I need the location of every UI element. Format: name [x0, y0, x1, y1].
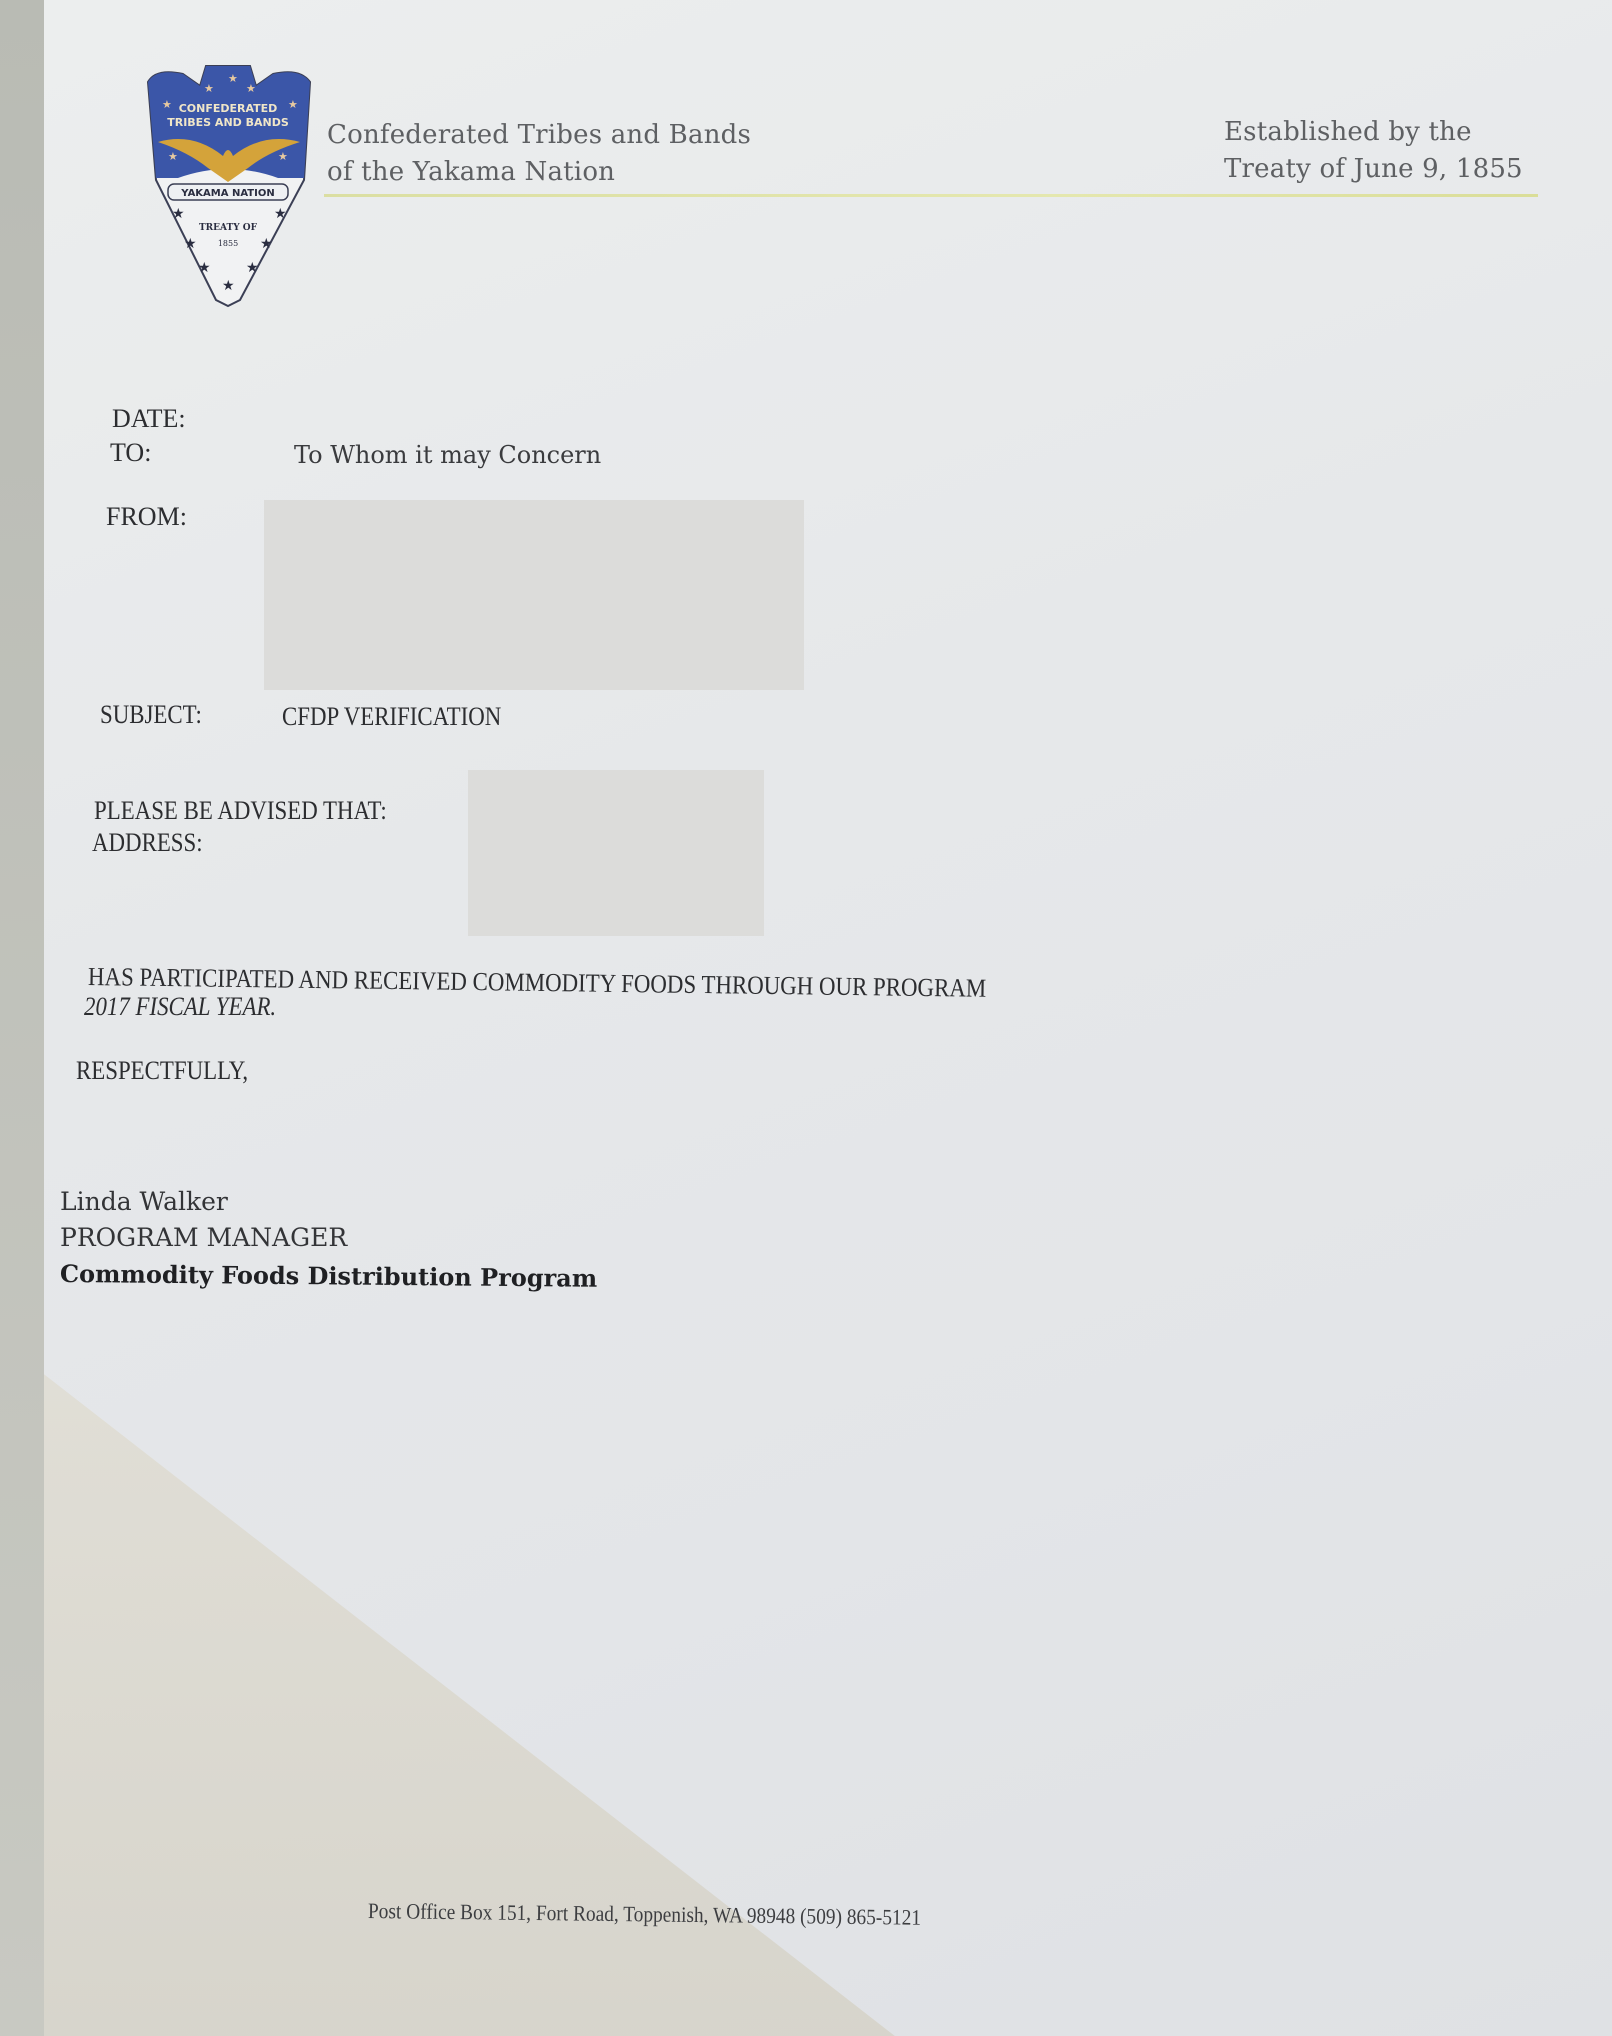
svg-text:★: ★ — [222, 278, 235, 294]
advised-label: PLEASE BE ADVISED THAT: — [94, 796, 427, 826]
svg-text:★: ★ — [184, 236, 197, 252]
established-line-1: Established by the — [1224, 114, 1523, 151]
closing: RESPECTFULLY, — [76, 1056, 272, 1086]
subject-value: CFDP VERIFICATION — [282, 702, 531, 732]
svg-text:★: ★ — [168, 150, 178, 163]
from-redacted-block — [264, 500, 804, 690]
svg-text:★: ★ — [288, 98, 298, 111]
svg-text:★: ★ — [228, 72, 238, 85]
address-redacted-block — [468, 770, 764, 936]
svg-text:★: ★ — [260, 236, 273, 252]
svg-text:★: ★ — [246, 260, 259, 276]
to-value: To Whom it may Concern — [294, 441, 601, 469]
svg-text:★: ★ — [246, 82, 256, 95]
svg-text:★: ★ — [274, 206, 287, 222]
date-label: DATE: — [112, 404, 186, 434]
subject-label: SUBJECT: — [100, 700, 216, 730]
svg-text:TREATY OF: TREATY OF — [199, 223, 258, 233]
fiscal-year-line: 2017 FISCAL YEAR. — [84, 992, 302, 1022]
org-line-1: Confederated Tribes and Bands — [327, 117, 751, 154]
established-note: Established by the Treaty of June 9, 185… — [1224, 114, 1523, 188]
signer-title: PROGRAM MANAGER — [60, 1220, 597, 1256]
org-line-2: of the Yakama Nation — [327, 154, 751, 191]
to-label: TO: — [110, 438, 151, 468]
svg-text:CONFEDERATED: CONFEDERATED — [179, 102, 278, 115]
tribal-seal-logo: CONFEDERATED TRIBES AND BANDS YAKAMA NAT… — [128, 60, 328, 310]
svg-text:★: ★ — [162, 98, 172, 111]
svg-text:★: ★ — [198, 260, 211, 276]
svg-text:★: ★ — [204, 82, 214, 95]
svg-text:TRIBES AND BANDS: TRIBES AND BANDS — [167, 116, 289, 129]
svg-text:★: ★ — [278, 150, 288, 163]
established-line-2: Treaty of June 9, 1855 — [1224, 151, 1523, 188]
svg-text:YAKAMA NATION: YAKAMA NATION — [180, 188, 274, 199]
signer-name: Linda Walker — [60, 1184, 597, 1220]
svg-text:1855: 1855 — [218, 239, 238, 248]
address-label: ADDRESS: — [92, 828, 218, 858]
tribal-seal-arrowhead-icon: CONFEDERATED TRIBES AND BANDS YAKAMA NAT… — [128, 60, 328, 310]
organization-name: Confederated Tribes and Bands of the Yak… — [327, 117, 751, 191]
letter-page: CONFEDERATED TRIBES AND BANDS YAKAMA NAT… — [44, 0, 1612, 2036]
svg-text:★: ★ — [172, 206, 185, 222]
header-rule — [324, 194, 1538, 197]
from-label: FROM: — [106, 502, 187, 532]
paper-fold-shadow — [44, 1340, 900, 2036]
signature-block: Linda Walker PROGRAM MANAGER Commodity F… — [60, 1184, 597, 1292]
program-name: Commodity Foods Distribution Program — [60, 1256, 597, 1297]
